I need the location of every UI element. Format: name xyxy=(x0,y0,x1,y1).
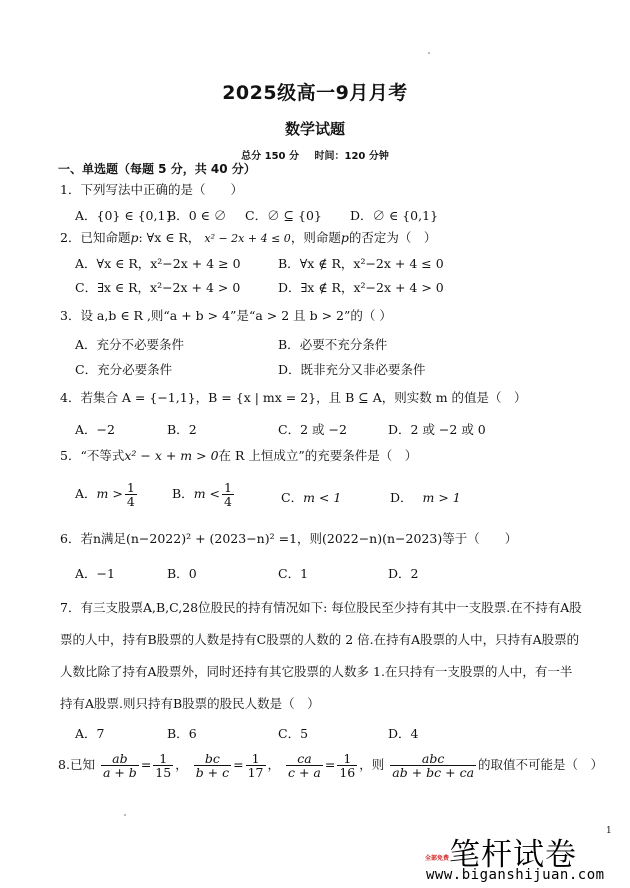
question-4: 4．若集合 A = {−1,1}，B = {x | mx = 2}，且 B ⊆ … xyxy=(60,388,527,406)
time-limit: 时间：120 分钟 xyxy=(314,151,388,162)
question-5: 5．“不等式x² − x + m > 0在 R 上恒成立”的充要条件是（ ） xyxy=(60,446,417,464)
option-a[interactable]: A．−1 xyxy=(75,564,115,582)
fraction: bcb + c xyxy=(194,752,231,779)
page-number: 1 xyxy=(606,826,612,836)
question-8: 8.已知 aba + b=115， bcb + c=117， cac + a=1… xyxy=(58,752,603,779)
option-b[interactable]: B．0 ∈ ∅ xyxy=(167,206,226,224)
option-a[interactable]: A．∀x ∈ R，x²−2x + 4 ≥ 0 xyxy=(75,254,241,272)
question-7: 7．有三支股票A,B,C,28位股民的持有情况如下: 每位股民至少持有其中一支股… xyxy=(60,598,582,616)
question-number: 1． xyxy=(60,182,80,197)
stray-dot xyxy=(428,52,430,54)
option-b[interactable]: B．必要不充分条件 xyxy=(278,335,387,353)
option-c[interactable]: C．1 xyxy=(278,564,308,582)
option-c[interactable]: C．m < 1 xyxy=(281,488,341,506)
question-line: 持有A股票.则只持有B股票的股民人数是（ ） xyxy=(60,694,320,712)
fraction: 14 xyxy=(125,481,137,508)
option-d[interactable]: D．∃x ∉ R，x²−2x + 4 > 0 xyxy=(278,278,444,296)
question-1: 1．下列写法中正确的是（ ） xyxy=(60,180,243,198)
option-d[interactable]: D．m > 1 xyxy=(390,488,461,506)
option-d[interactable]: D．既非充分又非必要条件 xyxy=(278,360,426,378)
option-b[interactable]: B．∀x ∉ R，x²−2x + 4 ≤ 0 xyxy=(278,254,444,272)
question-3: 3．设 a,b ∈ R ,则“a + b > 4”是“a > 2 且 b > 2… xyxy=(60,306,392,324)
option-c[interactable]: C．2 或 −2 xyxy=(278,420,347,438)
stray-dot xyxy=(124,814,126,816)
option-a[interactable]: A．{0} ∈ {0,1} xyxy=(75,206,173,224)
watermark-badge: 全部免费 xyxy=(425,853,449,862)
question-6: 6．若n满足(n−2022)² + (2023−n)² =1，则(2022−n)… xyxy=(60,529,517,547)
question-number: 8. xyxy=(58,757,70,772)
option-d[interactable]: D．∅ ∈ {0,1} xyxy=(350,206,438,224)
exam-title: 2025级高一9月月考 xyxy=(0,78,630,105)
option-a[interactable]: A．充分不必要条件 xyxy=(75,335,184,353)
option-b[interactable]: B．0 xyxy=(167,564,197,582)
question-stem: 设 a,b ∈ R ,则“a + b > 4”是“a > 2 且 b > 2”的… xyxy=(80,308,391,323)
question-line: 有三支股票A,B,C,28位股民的持有情况如下: 每位股民至少持有其中一支股票.… xyxy=(80,600,581,615)
question-number: 2． xyxy=(60,230,80,245)
option-b[interactable]: B．m <14 xyxy=(172,481,236,508)
question-number: 7． xyxy=(60,600,80,615)
question-number: 6． xyxy=(60,531,80,546)
question-line: 票的人中，持有B股票的人数是持有C股票的人数的 2 倍.在持有A股票的人中，只持… xyxy=(60,630,579,648)
option-c[interactable]: C．∅ ⊆ {0} xyxy=(245,206,322,224)
option-b[interactable]: B．2 xyxy=(167,420,197,438)
fraction: cac + a xyxy=(286,752,323,779)
section-heading: 一、单选题（每题 5 分，共 40 分） xyxy=(58,160,256,177)
option-c[interactable]: C．∃x ∈ R，x²−2x + 4 > 0 xyxy=(75,278,240,296)
option-c[interactable]: C．充分必要条件 xyxy=(75,360,172,378)
option-a[interactable]: A．7 xyxy=(75,724,104,742)
option-b[interactable]: B．6 xyxy=(167,724,197,742)
watermark-url: www.biganshijuan.com xyxy=(426,867,605,883)
question-stem: 若n满足(n−2022)² + (2023−n)² =1，则(2022−n)(n… xyxy=(80,531,517,546)
option-d[interactable]: D．2 xyxy=(388,564,418,582)
question-number: 3． xyxy=(60,308,80,323)
fraction: 115 xyxy=(153,752,173,779)
option-a[interactable]: A．−2 xyxy=(75,420,115,438)
fraction: 117 xyxy=(246,752,266,779)
question-number: 4． xyxy=(60,390,80,405)
math-expression: x² − 2x + 4 ≤ 0 xyxy=(204,232,290,245)
fraction: 14 xyxy=(222,481,234,508)
fraction: aba + b xyxy=(101,752,139,779)
option-c[interactable]: C．5 xyxy=(278,724,308,742)
fraction: abcab + bc + ca xyxy=(390,752,476,779)
exam-subtitle: 数学试题 xyxy=(0,118,630,139)
question-number: 5． xyxy=(60,448,80,463)
option-d[interactable]: D．4 xyxy=(388,724,418,742)
question-stem: 若集合 A = {−1,1}，B = {x | mx = 2}，且 B ⊆ A，… xyxy=(80,390,526,405)
question-line: 人数比除了持有A股票外，同时还持有其它股票的人数多 1.在只持有一支股票的人中，… xyxy=(60,662,572,680)
option-a[interactable]: A．m >14 xyxy=(75,481,139,508)
question-stem: 下列写法中正确的是（ ） xyxy=(80,182,243,197)
option-d[interactable]: D．2 或 −2 或 0 xyxy=(388,420,486,438)
fraction: 116 xyxy=(337,752,357,779)
question-2: 2．已知命题p: ∀x ∈ R， x² − 2x + 4 ≤ 0，则命题p的否定… xyxy=(60,228,436,246)
math-expression: x² − x + m > 0 xyxy=(124,448,218,463)
